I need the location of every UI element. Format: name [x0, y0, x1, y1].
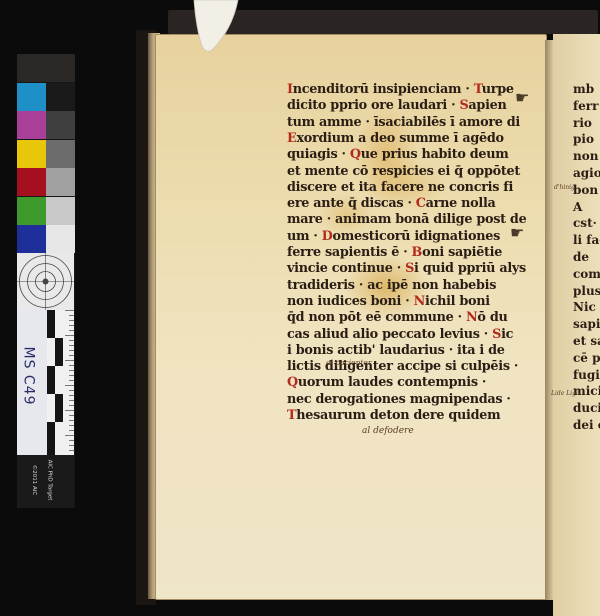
color-swatch	[17, 83, 46, 111]
facing-page-line: non	[573, 149, 598, 163]
color-swatch	[17, 225, 46, 253]
rubricated-initial: D	[322, 229, 333, 244]
target-footer-line1: AIC PhD Target	[46, 460, 52, 501]
facing-page-line: sapie	[573, 317, 600, 331]
rubricated-initial: S	[405, 261, 414, 276]
facing-page-line: dei cst	[573, 418, 600, 432]
interlinear-gloss: al defodere	[362, 426, 414, 436]
facing-page-line: plus	[573, 284, 600, 298]
ruler-tick	[69, 425, 74, 426]
ruler-tick	[69, 370, 74, 371]
ruler-tick	[69, 345, 74, 346]
manuscript-line: Exordium a deo summe ī agēdo	[287, 131, 504, 146]
manuscript-line: lictis diligenter accipe si culpēis ·	[287, 359, 518, 374]
manuscript-line: cas aliud alio peccato levius · Sic	[287, 327, 513, 342]
ruler-tick	[69, 405, 74, 406]
color-swatch	[17, 140, 46, 168]
manuscript-line: vincie continue · Si quid ppriū alys	[287, 261, 526, 276]
ruler-tick	[65, 310, 74, 311]
ruler-tick	[65, 385, 74, 386]
gray-swatch	[46, 225, 75, 253]
ruler-tick	[65, 435, 74, 436]
facing-page-line: li fac	[573, 233, 600, 247]
gray-swatch	[46, 197, 75, 225]
manuscript-line: discere et ita facere ne concris fi	[287, 180, 513, 195]
scale-ruler	[47, 310, 74, 455]
ruler-block	[55, 394, 63, 422]
shelfmark-label: MS C49	[21, 346, 37, 405]
ruler-tick	[69, 400, 74, 401]
rubricated-initial: S	[459, 98, 468, 113]
target-footer-line2: ©2011 AIC	[31, 465, 37, 495]
marginal-note: Lide Ligi	[551, 390, 578, 397]
page-tab-marker-icon	[192, 0, 240, 52]
ruler-tick	[69, 365, 74, 366]
ruler-tick	[69, 330, 74, 331]
rubricated-initial: B	[412, 245, 423, 260]
facing-page-line: mb	[573, 82, 594, 96]
color-swatch	[17, 168, 46, 196]
manuscript-line: tum amme · īsaciabilēs ī amore di	[287, 115, 520, 130]
gray-swatch	[46, 54, 75, 82]
ruler-block	[47, 422, 55, 455]
focus-target-bullseye	[17, 253, 74, 310]
ruler-tick	[69, 315, 74, 316]
ruler-tick	[65, 410, 74, 411]
marginal-note: d'hinig	[554, 184, 575, 191]
ruler-tick	[69, 375, 74, 376]
target-footer: AIC PhD Target ©2011 AIC	[17, 455, 74, 508]
ruler-tick	[69, 355, 74, 356]
manicule-icon: ☛	[510, 223, 524, 242]
ruler-tick	[65, 335, 74, 336]
facing-page-line: ducit	[573, 401, 600, 415]
interlinear-gloss: al pacienter	[326, 358, 371, 367]
ruler-tick	[69, 380, 74, 381]
rubricated-initial: N	[466, 310, 477, 325]
facing-page-line: cē pc	[573, 351, 600, 365]
facing-page-line: A	[573, 200, 582, 214]
rubricated-initial: E	[287, 131, 296, 146]
facing-page-line: pio	[573, 132, 594, 146]
gray-swatch	[46, 111, 75, 139]
manuscript-line: tradideris · ac ipē non habebis	[287, 278, 496, 293]
ruler-tick	[69, 350, 74, 351]
manuscript-line: dicito pprio ore laudari · Sapien	[287, 98, 507, 113]
facing-page-line: cst·	[573, 216, 597, 230]
gray-swatch	[46, 140, 75, 168]
rubricated-initial: T	[474, 82, 482, 97]
ruler-tick	[69, 325, 74, 326]
facing-page-line: ferr	[573, 99, 598, 113]
manuscript-line: i bonis actib' laudarius · ita i de	[287, 343, 505, 358]
ruler-tick	[69, 420, 74, 421]
shelfmark-label-card: MS C49	[17, 310, 47, 455]
rubricated-initial: S	[492, 327, 501, 342]
manuscript-line: nec derogationes magnipendas ·	[287, 392, 511, 407]
manuscript-line: et mente cō respicies ei q̄ oppōtet	[287, 164, 520, 179]
manuscript-line: Quorum laudes contempnis ·	[287, 375, 486, 390]
facing-page-line: et sap	[573, 334, 600, 348]
facing-page-line: rio	[573, 116, 592, 130]
ruler-tick	[69, 430, 74, 431]
manuscript-line: ferre sapientis ē · Boni sapiētie	[287, 245, 502, 260]
manuscript-line: q̄d non pōt eē commune · Nō du	[287, 310, 507, 325]
ruler-block	[47, 366, 55, 394]
ruler-tick	[69, 340, 74, 341]
manuscript-line: ere ante q̄ discas · Carne nolla	[287, 196, 496, 211]
ruler-tick	[69, 445, 74, 446]
facing-page-line: fugit	[573, 368, 600, 382]
manuscript-line: mare · animam bonā dilige post de	[287, 212, 526, 227]
facing-page-line: agio	[573, 166, 600, 180]
ruler-tick	[69, 415, 74, 416]
rubricated-initial: T	[287, 408, 296, 423]
ruler-tick	[65, 360, 74, 361]
facing-page-line: Nic	[573, 300, 596, 314]
facing-page-line: comc	[573, 267, 600, 281]
rubricated-initial: N	[414, 294, 425, 309]
rubricated-initial: C	[416, 196, 426, 211]
ruler-block	[47, 310, 55, 338]
rubricated-initial: I	[287, 82, 293, 97]
color-swatch	[17, 111, 46, 139]
rubricated-initial: Q	[350, 147, 361, 162]
manuscript-line: um · Domesticorū idignationes	[287, 229, 500, 244]
ruler-tick	[69, 440, 74, 441]
bullseye-icon	[17, 253, 74, 310]
manuscript-line: Incenditorū insipienciam · Turpe	[287, 82, 514, 97]
manicule-icon: ☛	[515, 88, 529, 107]
facing-page-line: de	[573, 250, 589, 264]
book-gutter	[545, 40, 553, 600]
gray-swatch	[46, 168, 75, 196]
color-swatch	[17, 54, 46, 82]
manuscript-line: quiagis · Que prius habito deum	[287, 147, 509, 162]
gray-swatch	[46, 83, 75, 111]
ruler-tick	[69, 395, 74, 396]
facing-page-line: bon	[573, 183, 598, 197]
ruler-tick	[69, 450, 74, 451]
ruler-tick	[69, 390, 74, 391]
ruler-block	[55, 338, 63, 366]
rubricated-initial: Q	[287, 375, 298, 390]
color-swatch	[17, 197, 46, 225]
manuscript-line: Thesaurum deton dere quidem	[287, 408, 500, 423]
manuscript-line: non iudices boni · Nichil boni	[287, 294, 490, 309]
ruler-tick	[69, 320, 74, 321]
